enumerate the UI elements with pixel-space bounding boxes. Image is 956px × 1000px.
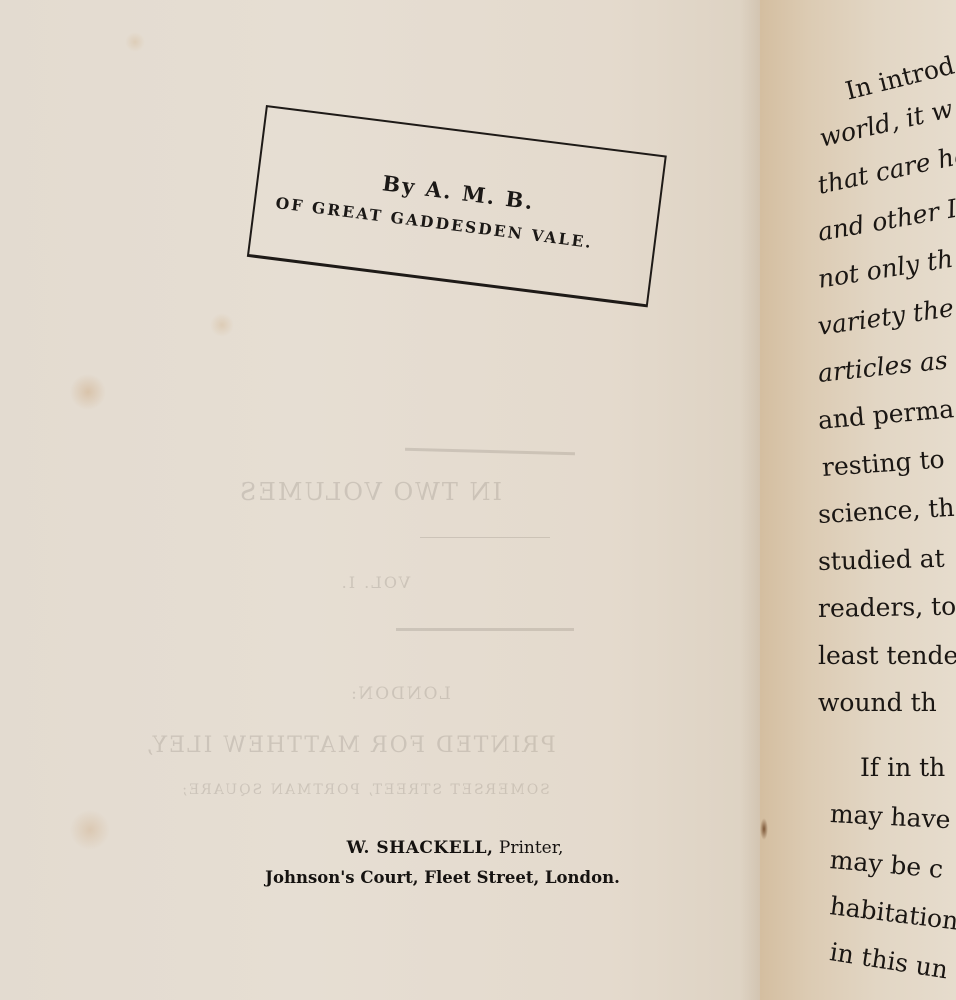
left-page: By A. M. B. OF GREAT GADDESDEN VALE. IN … — [0, 0, 760, 1000]
printer-name: W. SHACKELL, — [347, 838, 494, 858]
show-through-rule — [405, 448, 575, 455]
text-line: science, th — [817, 483, 956, 538]
foxing-spot — [760, 818, 768, 840]
show-through-volumes: IN TWO VOLUMES — [0, 478, 750, 506]
text-line: studied at — [817, 534, 956, 585]
show-through-rule — [396, 628, 574, 631]
text-line: wound th — [818, 679, 956, 726]
paragraph-1: In introd world, it w that care ha and o… — [818, 68, 956, 726]
author-stamp-box: By A. M. B. OF GREAT GADDESDEN VALE. — [247, 105, 667, 307]
text-line: may have — [829, 791, 956, 844]
paragraph-2: If in th may have may be c habitation in… — [830, 745, 956, 975]
show-through-address: SOMERSET STREET, PORTMAN SQUARE; — [0, 782, 745, 798]
text-line: least tende — [818, 632, 956, 679]
show-through-printed-for: PRINTED FOR MATTHEW ILEY, — [0, 733, 730, 758]
show-through-vol: VOL. I. — [0, 573, 755, 592]
gutter-shadow — [740, 0, 762, 1000]
show-through-london: LONDON: — [20, 684, 780, 704]
printer-role: Printer, — [493, 838, 563, 858]
show-through-rule — [420, 537, 550, 538]
text-line: If in th — [860, 745, 956, 791]
right-page: In introd world, it w that care ha and o… — [760, 0, 956, 1000]
text-line: readers, to — [818, 582, 956, 632]
text-line: resting to — [820, 434, 956, 491]
